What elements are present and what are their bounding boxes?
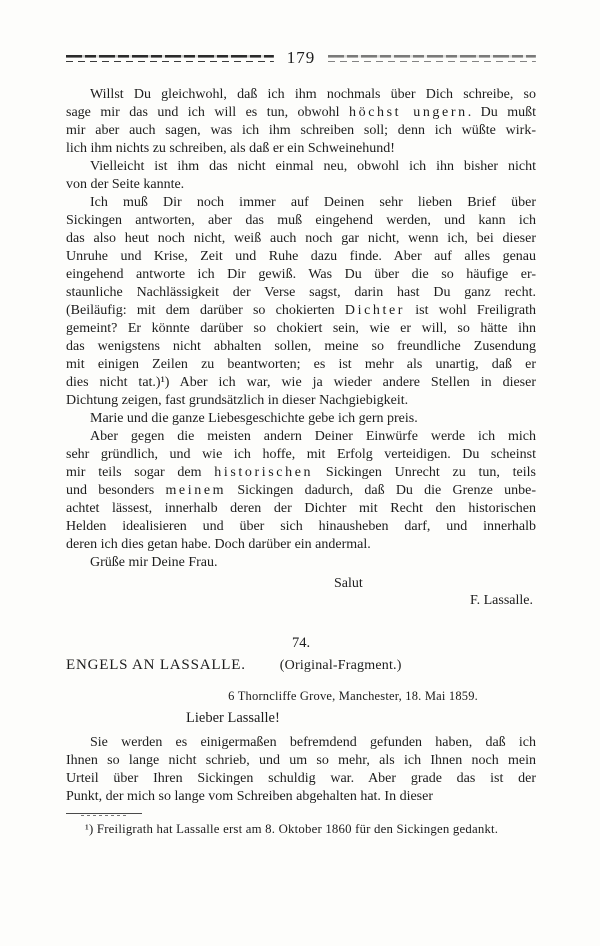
text-line: das wenigstens nicht abhalten sollen, me… — [66, 338, 536, 356]
page-header: 179 — [66, 48, 536, 68]
text-line: Unruhe und Krise, Zeit und Ruhe dazu fin… — [66, 248, 536, 266]
text-line: (Beiläufig: mit dem darüber so chokierte… — [66, 302, 536, 320]
text-line: achtet lässest, innerhalb deren der Dich… — [66, 500, 536, 518]
text-line: lich ihm nichts zu schreiben, als daß er… — [66, 140, 536, 158]
letterspaced-emphasis: höchst ungern — [349, 105, 468, 120]
letter-lassalle-body: Willst Du gleichwohl, daß ich ihm nochma… — [66, 86, 536, 572]
salutation: Lieber Lassalle! — [186, 709, 536, 727]
letter-heading-note: (Original-Fragment.) — [280, 658, 402, 673]
text-line: mir teils sogar dem historischen Sicking… — [66, 464, 536, 482]
text-line: gemeint? Er könnte darüber so chokiert s… — [66, 320, 536, 338]
paragraph: Marie und die ganze Liebesgeschichte geb… — [66, 410, 536, 428]
section-number: 74. — [66, 634, 536, 652]
letter-heading: ENGELS AN LASSALLE.(Original-Fragment.) — [66, 656, 536, 675]
text-line: Punkt, der mich so lange vom Schreiben a… — [66, 788, 536, 806]
header-rule-left — [66, 55, 274, 62]
text-line: sehr gründlich, und wie ich hoffe, mit E… — [66, 446, 536, 464]
text-line: von der Seite kannte. — [66, 176, 536, 194]
text-line: Marie und die ganze Liebesgeschichte geb… — [66, 410, 536, 428]
text-line: Ihnen so lange nicht schrieb, und um so … — [66, 752, 536, 770]
text-line: Willst Du gleichwohl, daß ich ihm nochma… — [66, 86, 536, 104]
letter-heading-title: ENGELS AN LASSALLE. — [66, 657, 246, 673]
paragraph: Ich muß Dir noch immer auf Deinen sehr l… — [66, 194, 536, 410]
closing-salut: Salut — [334, 575, 536, 592]
text-line: das also heut noch nicht, weiß auch noch… — [66, 230, 536, 248]
text-line: eingehend antworte ich Dir gewiß. Was Du… — [66, 266, 536, 284]
footnote-text: Freiligrath hat Lassalle erst am 8. Okto… — [94, 822, 499, 836]
page-number: 179 — [274, 48, 329, 68]
letterspaced-emphasis: meinem — [165, 483, 226, 498]
text-line: Vielleicht ist ihm das nicht einmal neu,… — [66, 158, 536, 176]
signature: F. Lassalle. — [66, 592, 536, 609]
text-line: Aber gegen die meisten andern Deiner Ein… — [66, 428, 536, 446]
letter-engels-body: Sie werden es einigermaßen befremdend ge… — [66, 734, 536, 806]
text-line: staunliche Nachlässigkeit der Verse sags… — [66, 284, 536, 302]
text-line: mit einigen Zeilen zu beantworten; es is… — [66, 356, 536, 374]
letterspaced-emphasis: Dichter — [345, 303, 405, 318]
book-page: 179 Willst Du gleichwohl, daß ich ihm no… — [0, 0, 600, 946]
text-line: Grüße mir Deine Frau. — [66, 554, 536, 572]
text-line: Sie werden es einigermaßen befremdend ge… — [66, 734, 536, 752]
dateline: 6 Thorncliffe Grove, Manchester, 18. Mai… — [66, 688, 536, 704]
text-line: und besonders meinem Sickingen dadurch, … — [66, 482, 536, 500]
text-line: Helden idealisieren und über sich hinaus… — [66, 518, 536, 536]
letterspaced-emphasis: historischen — [214, 465, 313, 480]
text-line: Ich muß Dir noch immer auf Deinen sehr l… — [66, 194, 536, 212]
text-line: sage mir das und ich will es tun, obwohl… — [66, 104, 536, 122]
paragraph: Vielleicht ist ihm das nicht einmal neu,… — [66, 158, 536, 194]
text-line: mir aber auch sagen, was ich ihm schreib… — [66, 122, 536, 140]
text-line: Dichtung zeigen, fast grundsätzlich in d… — [66, 392, 536, 410]
footnote-marker: ¹) — [85, 822, 94, 836]
paragraph: Aber gegen die meisten andern Deiner Ein… — [66, 428, 536, 554]
paragraph: Sie werden es einigermaßen befremdend ge… — [66, 734, 536, 806]
text-line: dies nicht tat.)¹) Aber ich war, wie ja … — [66, 374, 536, 392]
text-line: deren ich dies getan habe. Doch darüber … — [66, 536, 536, 554]
text-line: Sickingen antworten, aber das muß eingeh… — [66, 212, 536, 230]
paragraph: Grüße mir Deine Frau. — [66, 554, 536, 572]
paragraph: Willst Du gleichwohl, daß ich ihm nochma… — [66, 86, 536, 158]
footnote-rule — [66, 813, 142, 816]
header-rule-right — [328, 55, 536, 62]
footnote: ¹) Freiligrath hat Lassalle erst am 8. O… — [66, 821, 536, 837]
text-line: Urteil über Ihren Sickingen schuldig war… — [66, 770, 536, 788]
